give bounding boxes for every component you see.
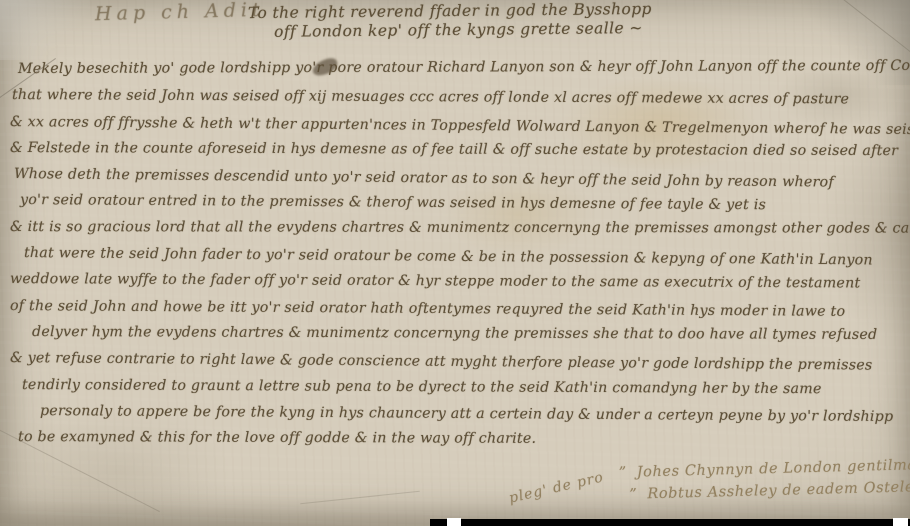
scan-edge-notch [447,518,461,526]
manuscript-line: & Felstede in the counte aforeseid in hy… [10,135,906,164]
manuscript-line: weddowe late wyffe to the fader off yo'r… [10,266,906,297]
pledge-names: ”Johes Chynnyn de London gentilman ”Robt… [618,454,910,506]
ditto-mark: ” [629,487,637,503]
heading-line-2: off London kep' off the kyngs grette sea… [274,19,652,41]
manuscript-line: to be examyned & this for the love off g… [18,424,906,453]
petition-body: Mekely besechith yo' gode lordshipp yo'r… [8,56,906,450]
crease-line [838,0,910,54]
manuscript-line: delyver hym the evydens chartres & munim… [32,319,906,348]
scan-edge-notch [893,518,908,526]
ditto-mark: ” [618,465,626,481]
corner-fold-top-left [0,0,90,60]
pledge-label: pleg' de pro [507,469,605,506]
pledge-name-text: Robtus Assheley de eadem Osteler [647,479,910,502]
manuscript-line: & itt is so gracious lord that all the e… [10,214,906,242]
manuscript-photo: Hap ch Adit To the right reverend ffader… [0,0,910,526]
pen-trials: Hap ch Adit [95,0,265,25]
endorsement: pleg' de pro ”Johes Chynnyn de London ge… [508,458,910,502]
crease-line [300,491,419,505]
parchment: Hap ch Adit To the right reverend ffader… [0,0,910,526]
manuscript-line: Mekely besechith yo' gode lordshipp yo'r… [18,53,906,82]
manuscript-line: that where the seid John was seised off … [12,82,906,113]
address-heading: To the right reverend ffader in god the … [248,0,652,41]
scan-edge-bar [430,519,910,526]
